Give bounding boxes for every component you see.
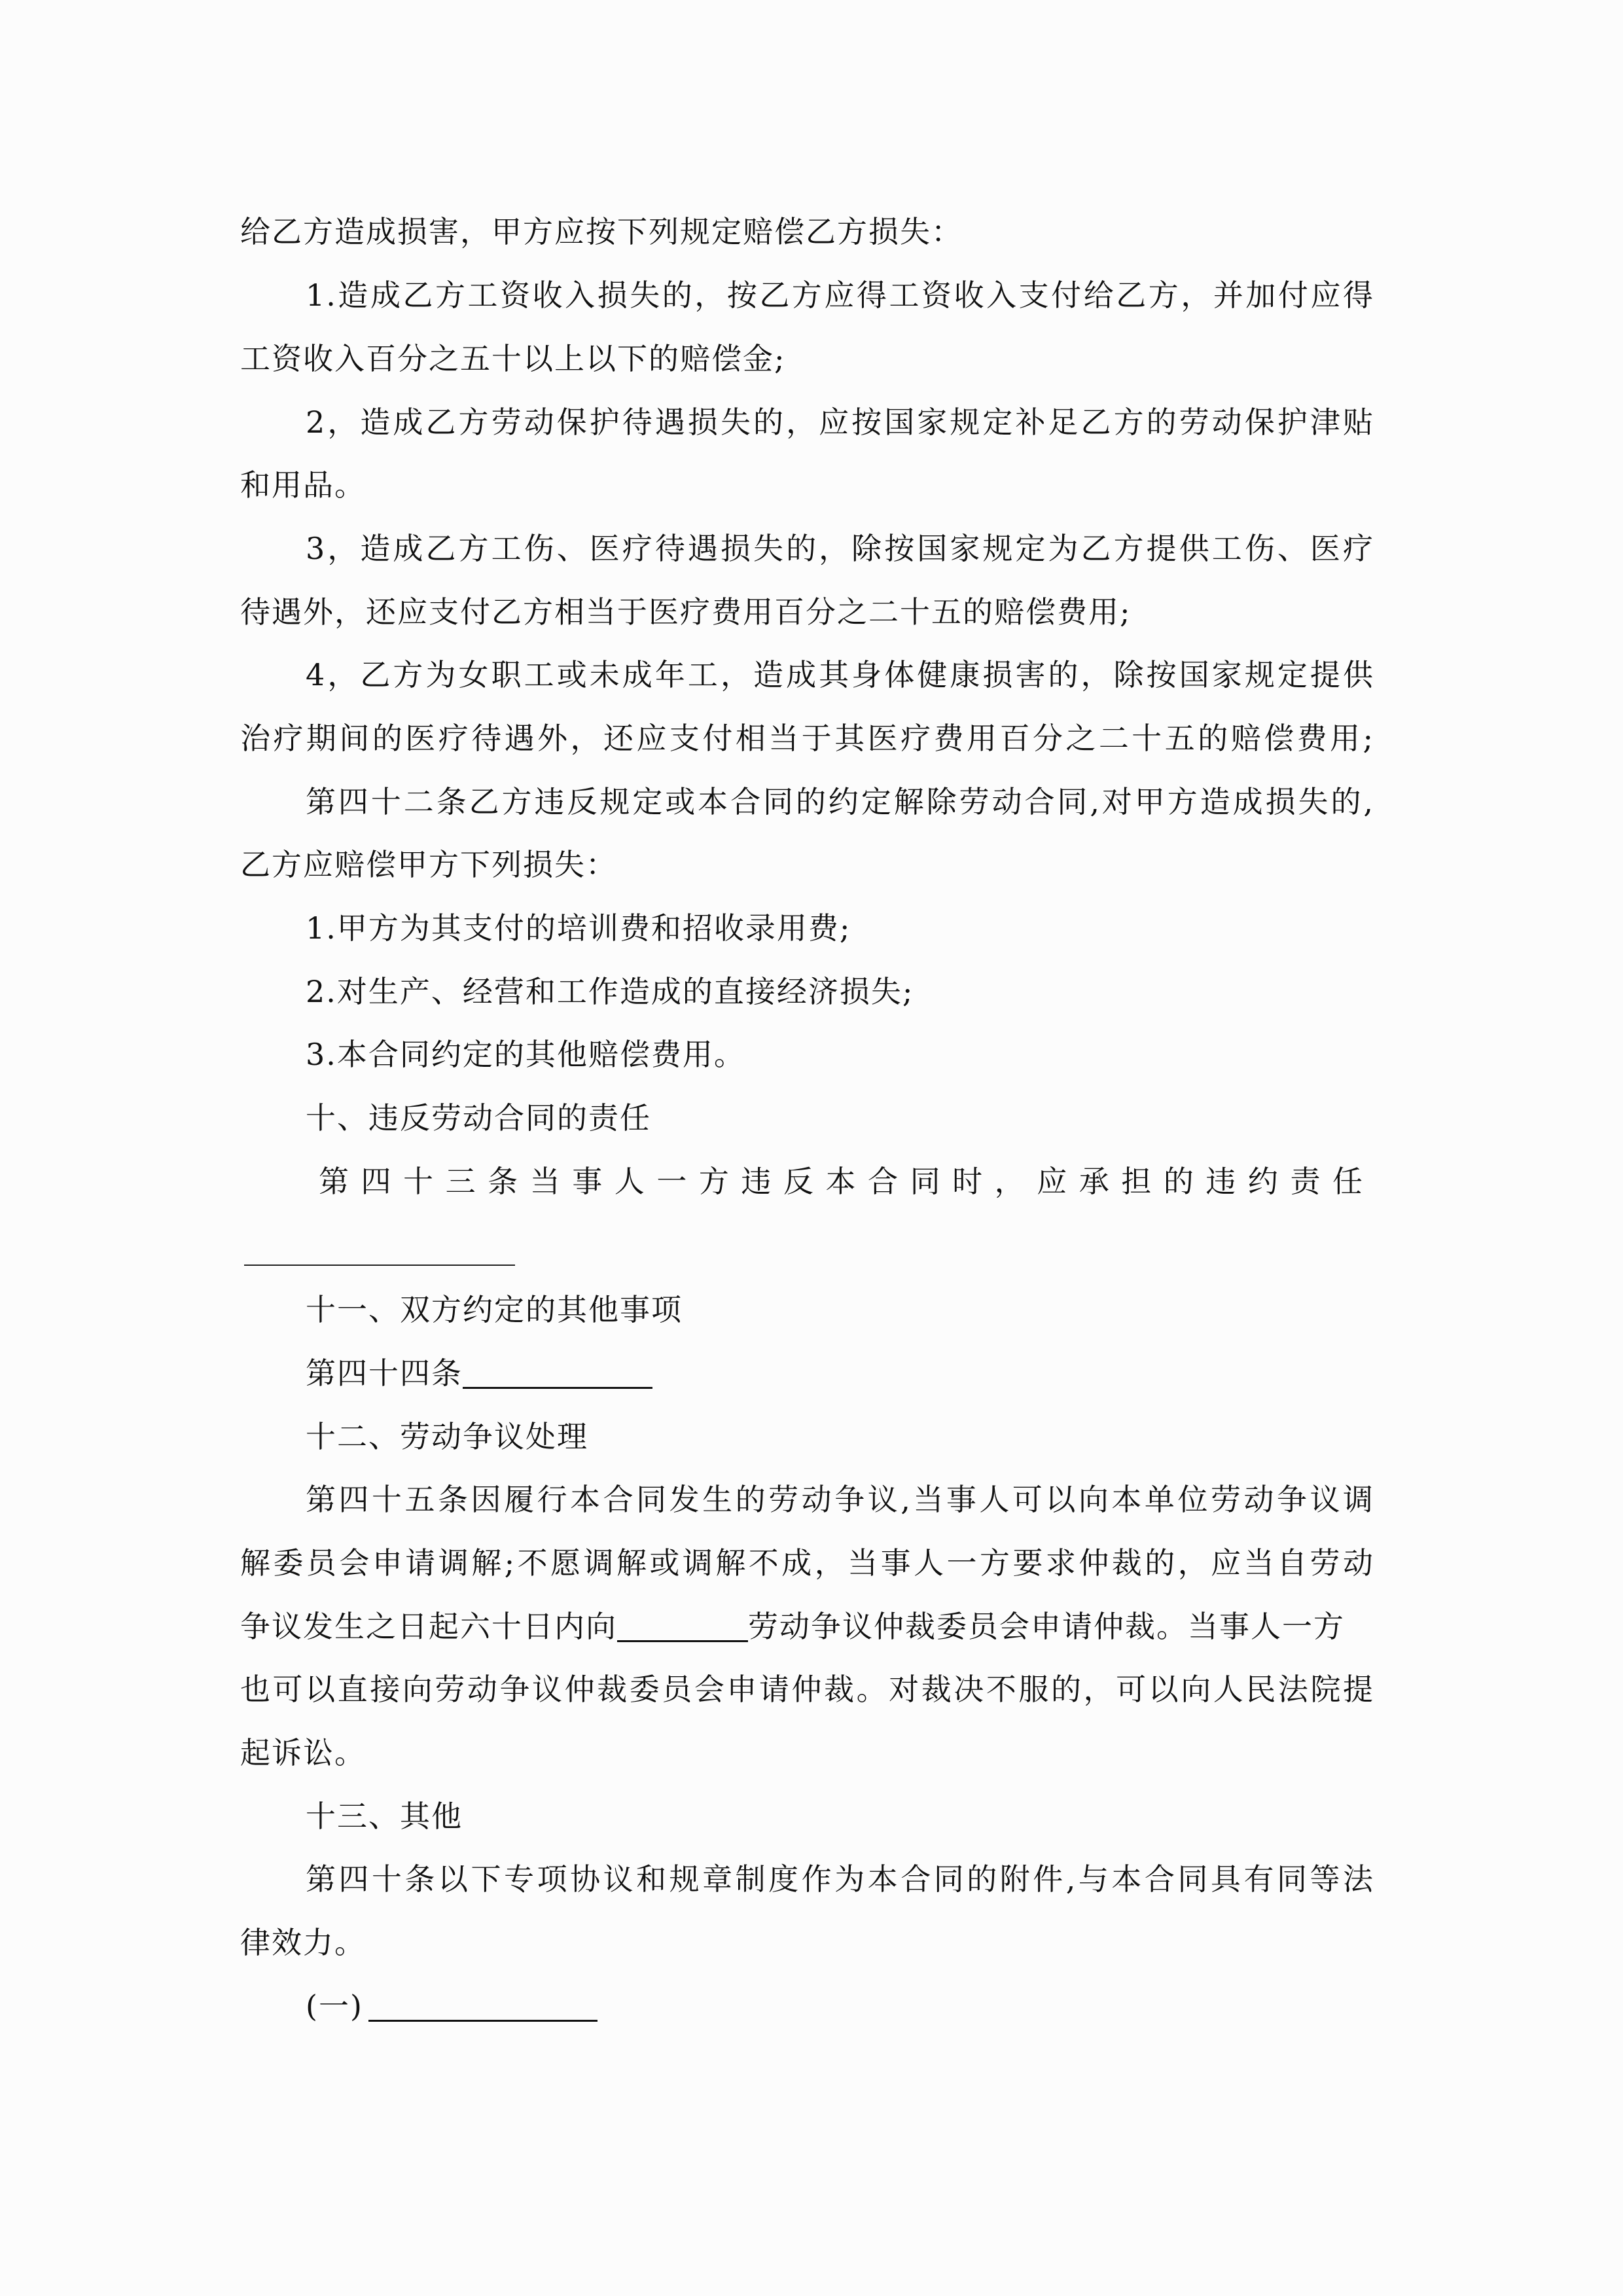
list-item-3-line: 3，造成乙方工伤、医疗待遇损失的，除按国家规定为乙方提供工伤、医疗 xyxy=(306,530,1374,567)
list-item-4-line: 4，乙方为女职工或未成年工，造成其身体健康损害的，除按国家规定提供 xyxy=(306,656,1374,693)
article-45-line-1: 第四十五条因履行本合同发生的劳动争议,当事人可以向本单位劳动争议调 xyxy=(306,1481,1374,1518)
article-45-line-5: 起诉讼。 xyxy=(240,1734,366,1771)
attachment-item-1: (一) xyxy=(306,1988,597,2024)
article-45-line-2: 解委员会申请调解;不愿调解或调解不成，当事人一方要求仲裁的，应当自劳动 xyxy=(240,1545,1374,1581)
article-44-blank-field[interactable] xyxy=(463,1358,652,1389)
list-item-1-cont: 工资收入百分之五十以上以下的赔偿金; xyxy=(240,340,786,377)
attachment-item-1-blank-field[interactable] xyxy=(368,1991,597,2022)
list-item-1-line: 1.造成乙方工资收入损失的，按乙方应得工资收入支付给乙方，并加付应得 xyxy=(306,277,1374,314)
article-45-text-before-blank: 争议发生之日起六十日内向 xyxy=(240,1609,617,1644)
article-45-line-4: 也可以直接向劳动争议仲裁委员会申请仲裁。对裁决不服的，可以向人民法院提 xyxy=(240,1671,1374,1708)
section-12-heading: 十二、劳动争议处理 xyxy=(306,1418,588,1455)
article-40-line-1: 第四十条以下专项协议和规章制度作为本合同的附件,与本合同具有同等法 xyxy=(306,1861,1374,1897)
loss-item-2: 2.对生产、经营和工作造成的直接经济损失; xyxy=(306,973,914,1010)
article-43-line: 第四十三条当事人一方违反本合同时，应承担的违约责任 xyxy=(319,1163,1374,1200)
paragraph-line: 给乙方造成损害，甲方应按下列规定赔偿乙方损失： xyxy=(240,213,963,250)
list-item-3-cont: 待遇外，还应支付乙方相当于医疗费用百分之二十五的赔偿费用; xyxy=(240,594,1132,630)
fill-in-divider-line xyxy=(244,1265,515,1266)
article-40-line-2: 律效力。 xyxy=(240,1924,366,1961)
article-45-text-after-blank: 劳动争议仲裁委员会申请仲裁。当事人一方 xyxy=(748,1609,1345,1644)
list-item-4-cont: 治疗期间的医疗待遇外，还应支付相当于其医疗费用百分之二十五的赔偿费用; xyxy=(240,720,1374,757)
list-item-2-line: 2，造成乙方劳动保护待遇损失的，应按国家规定补足乙方的劳动保护津贴 xyxy=(306,404,1374,440)
section-10-heading: 十、违反劳动合同的责任 xyxy=(306,1100,651,1136)
article-42-cont: 乙方应赔偿甲方下列损失： xyxy=(240,846,617,883)
document-page: 给乙方造成损害，甲方应按下列规定赔偿乙方损失： 1.造成乙方工资收入损失的，按乙… xyxy=(0,0,1623,2296)
article-42-line: 第四十二条乙方违反规定或本合同的约定解除劳动合同,对甲方造成损失的, xyxy=(306,783,1374,820)
section-13-heading: 十三、其他 xyxy=(306,1798,463,1835)
list-item-2-cont: 和用品。 xyxy=(240,467,366,503)
article-44-line: 第四十四条 xyxy=(306,1355,652,1391)
loss-item-1: 1.甲方为其支付的培训费和招收录用费; xyxy=(306,910,851,946)
arbitration-committee-blank-field[interactable] xyxy=(617,1611,748,1642)
section-11-heading: 十一、双方约定的其他事项 xyxy=(306,1291,683,1328)
loss-item-3: 3.本合同约定的其他赔偿费用。 xyxy=(306,1036,745,1073)
article-44-label: 第四十四条 xyxy=(306,1355,463,1391)
article-45-line-3: 争议发生之日起六十日内向劳动争议仲裁委员会申请仲裁。当事人一方 xyxy=(240,1608,1374,1645)
attachment-item-1-label: (一) xyxy=(306,1988,363,2024)
